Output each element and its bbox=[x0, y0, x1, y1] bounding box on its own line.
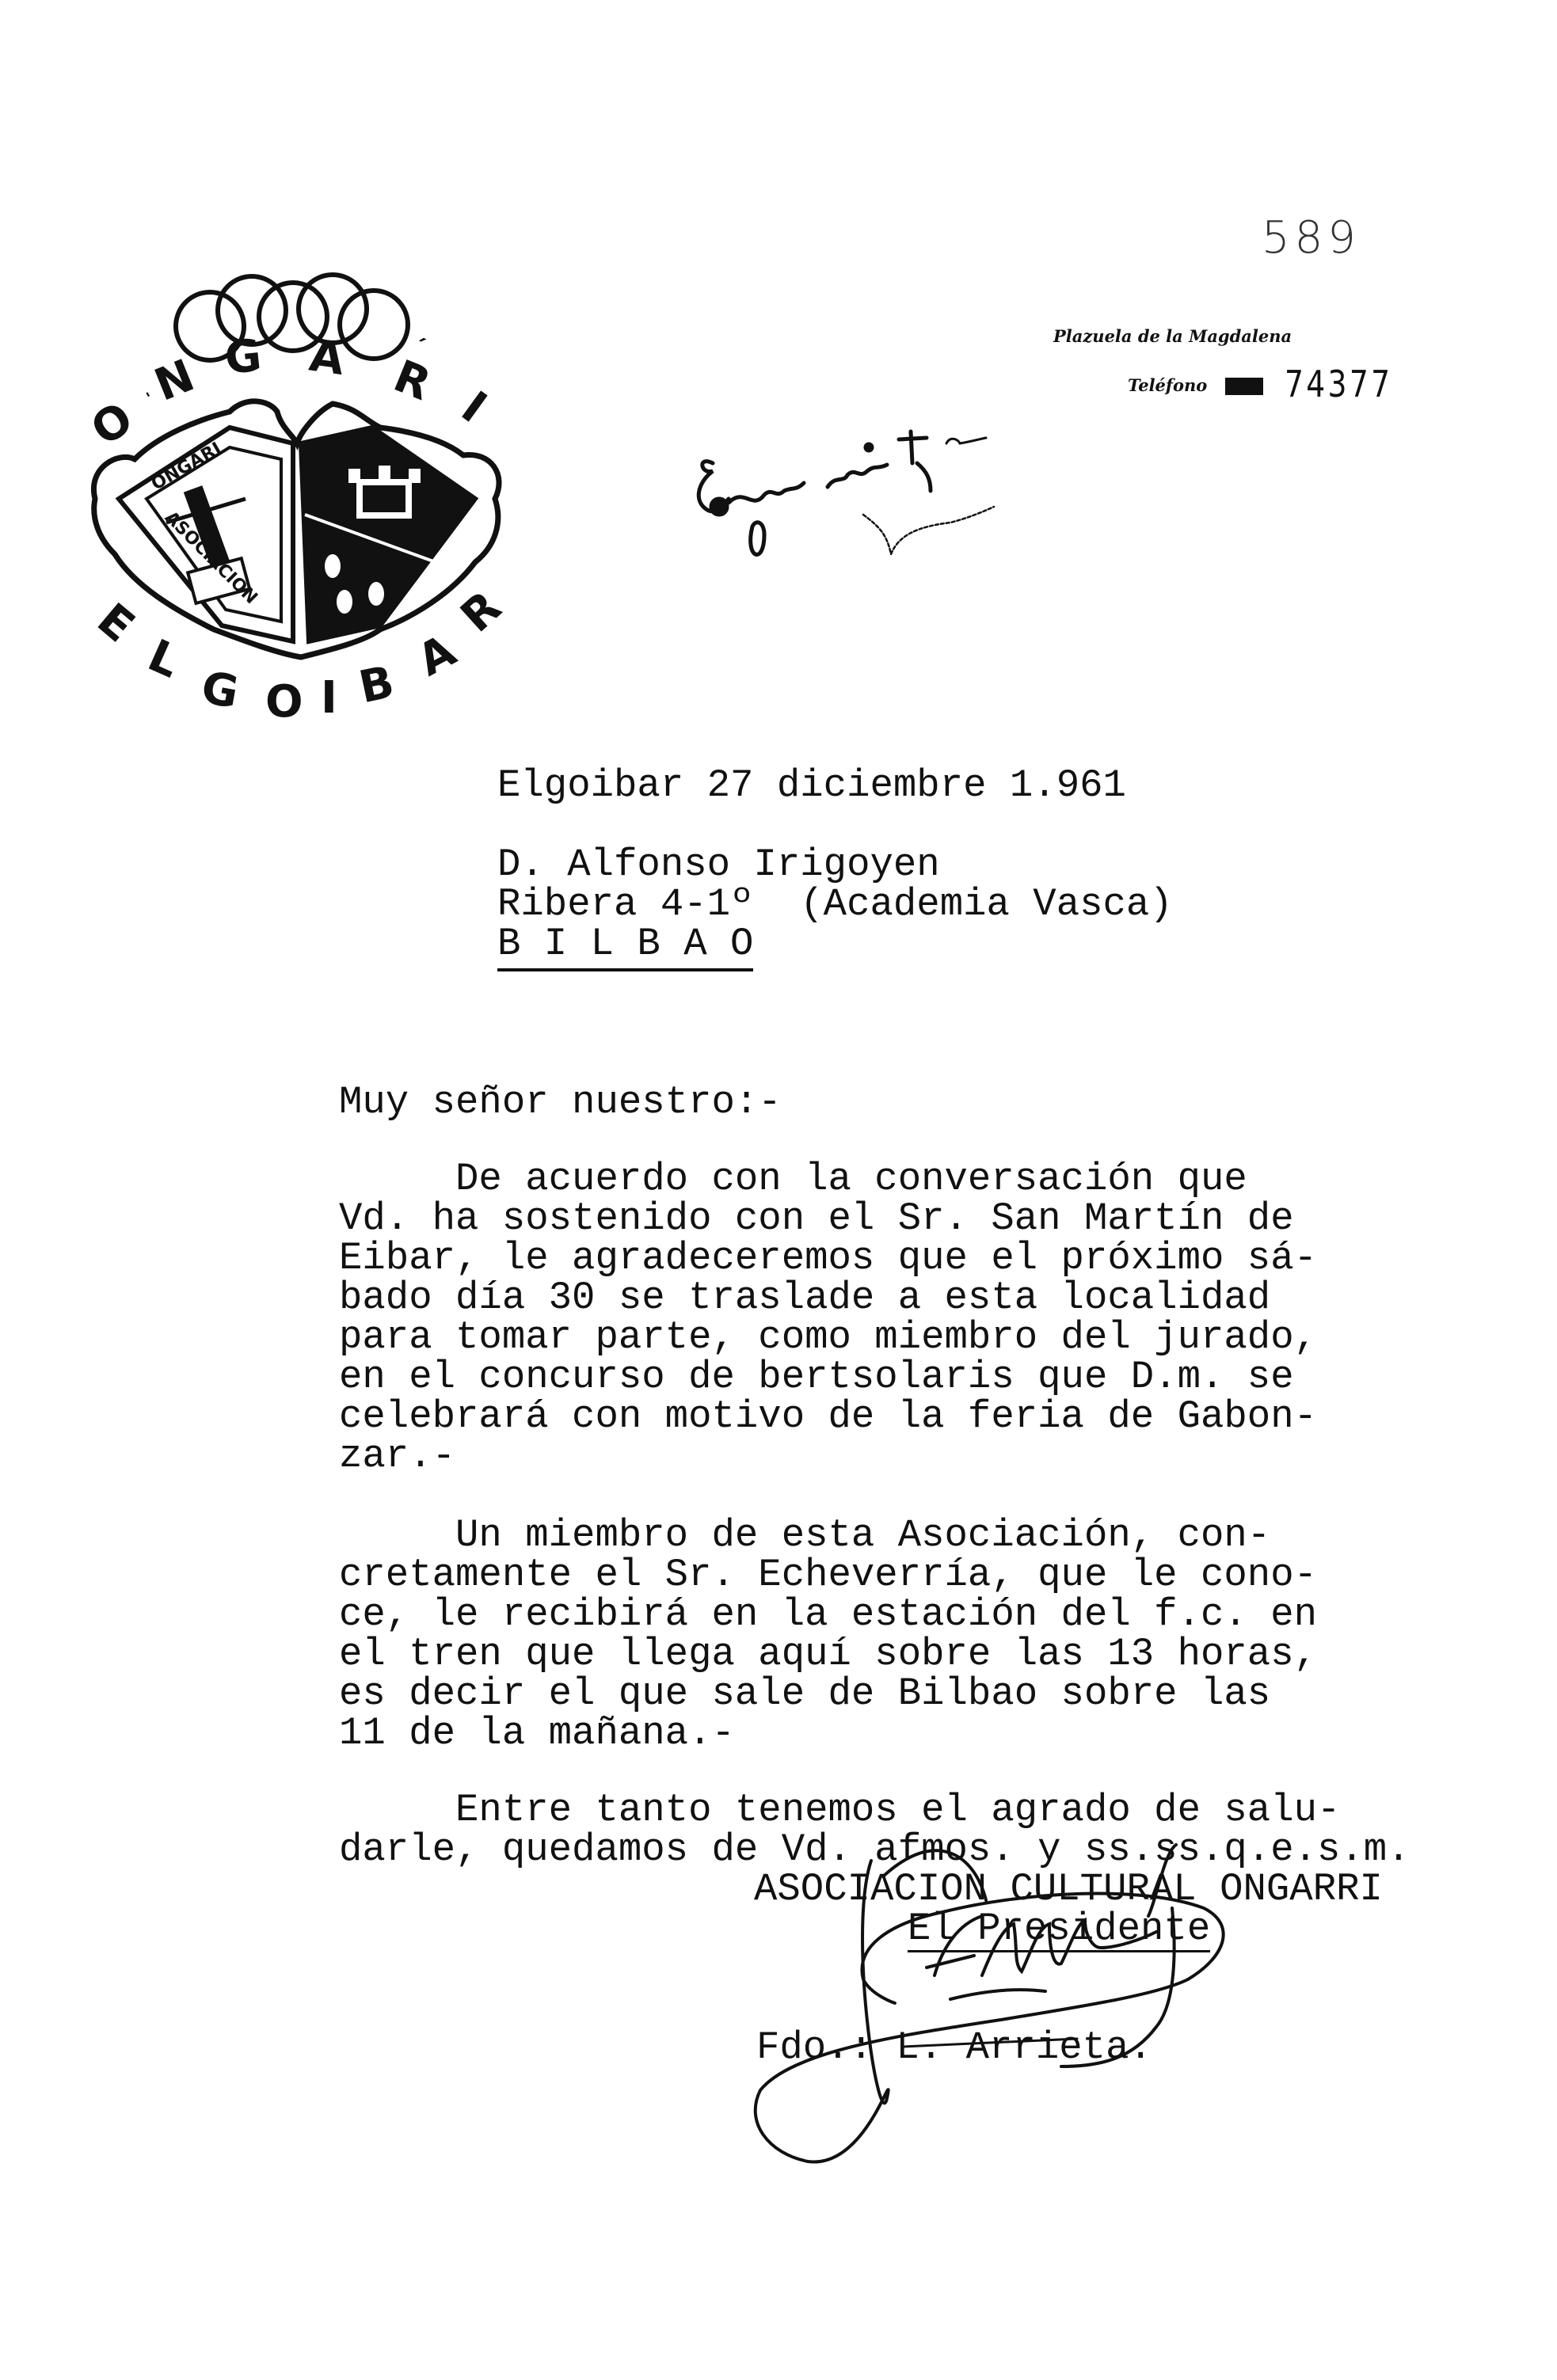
svg-text:L: L bbox=[140, 630, 187, 689]
paragraph-line: Entre tanto tenemos el agrado de salu- bbox=[339, 1791, 1340, 1830]
letter-page: 589 O ' N G A R ´ I E L G O I B bbox=[0, 0, 1557, 2380]
recipient-city: B I L B A O bbox=[497, 925, 753, 971]
paragraph-line: para tomar parte, como miembro del jurad… bbox=[339, 1318, 1317, 1357]
telephone-label: Teléfono bbox=[1128, 375, 1207, 395]
svg-text:I: I bbox=[321, 672, 337, 724]
svg-text:I: I bbox=[452, 382, 496, 433]
svg-text:A: A bbox=[306, 330, 348, 386]
paragraph-line: el tren que llega aquí sobre las 13 hora… bbox=[339, 1635, 1317, 1674]
paragraph-line: cretamente el Sr. Echeverría, que le con… bbox=[339, 1556, 1317, 1595]
paragraph-line: zar.- bbox=[339, 1437, 455, 1476]
svg-text:O: O bbox=[82, 393, 143, 457]
telephone-struck-out: 2420 bbox=[1225, 378, 1263, 395]
paragraph-line: en el concurso de bertsolaris que D.m. s… bbox=[339, 1358, 1294, 1397]
svg-text:G: G bbox=[223, 330, 265, 385]
paragraph-line: es decir el que sale de Bilbao sobre las bbox=[339, 1675, 1270, 1713]
svg-text:R: R bbox=[451, 581, 512, 642]
svg-text:G: G bbox=[197, 662, 242, 719]
telephone-number: 74377 bbox=[1285, 363, 1392, 405]
paragraph-line: 11 de la mañana.- bbox=[339, 1714, 735, 1753]
recipient-address: Ribera 4-1º (Academia Vasca) bbox=[497, 885, 1173, 924]
paragraph-line: Un miembro de esta Asociación, con- bbox=[339, 1516, 1270, 1555]
paragraph-line: bado día 30 se traslade a esta localidad bbox=[339, 1279, 1270, 1317]
svg-text:E: E bbox=[87, 594, 143, 652]
svg-text:B: B bbox=[355, 656, 398, 713]
archive-number: 589 bbox=[1262, 212, 1361, 264]
paragraph-line: celebrará con motivo de la feria de Gabo… bbox=[339, 1397, 1317, 1436]
date-line: Elgoibar 27 diciembre 1.961 bbox=[497, 766, 1126, 805]
recipient-name: D. Alfonso Irigoyen bbox=[497, 846, 940, 884]
paragraph-line: Vd. ha sostenido con el Sr. San Martín d… bbox=[339, 1200, 1294, 1238]
svg-text:O: O bbox=[265, 676, 303, 728]
paragraph-line: ce, le recibirá en la estación del f.c. … bbox=[339, 1595, 1317, 1634]
svg-text:': ' bbox=[143, 388, 157, 407]
paragraph-line: Eibar, le agradeceremos que el próximo s… bbox=[339, 1239, 1317, 1278]
crest-icon: O ' N G A R ´ I E L G O I B A R ONGARI bbox=[63, 261, 523, 720]
letterhead-address: Plazuela de la Magdalena bbox=[1053, 326, 1292, 346]
svg-text:N: N bbox=[147, 350, 201, 412]
svg-text:A: A bbox=[409, 625, 464, 686]
paragraph-line: De acuerdo con la conversación que bbox=[339, 1160, 1247, 1199]
signature-icon bbox=[744, 1837, 1315, 2169]
handwritten-note bbox=[665, 408, 998, 566]
salutation: Muy señor nuestro:- bbox=[339, 1083, 782, 1122]
